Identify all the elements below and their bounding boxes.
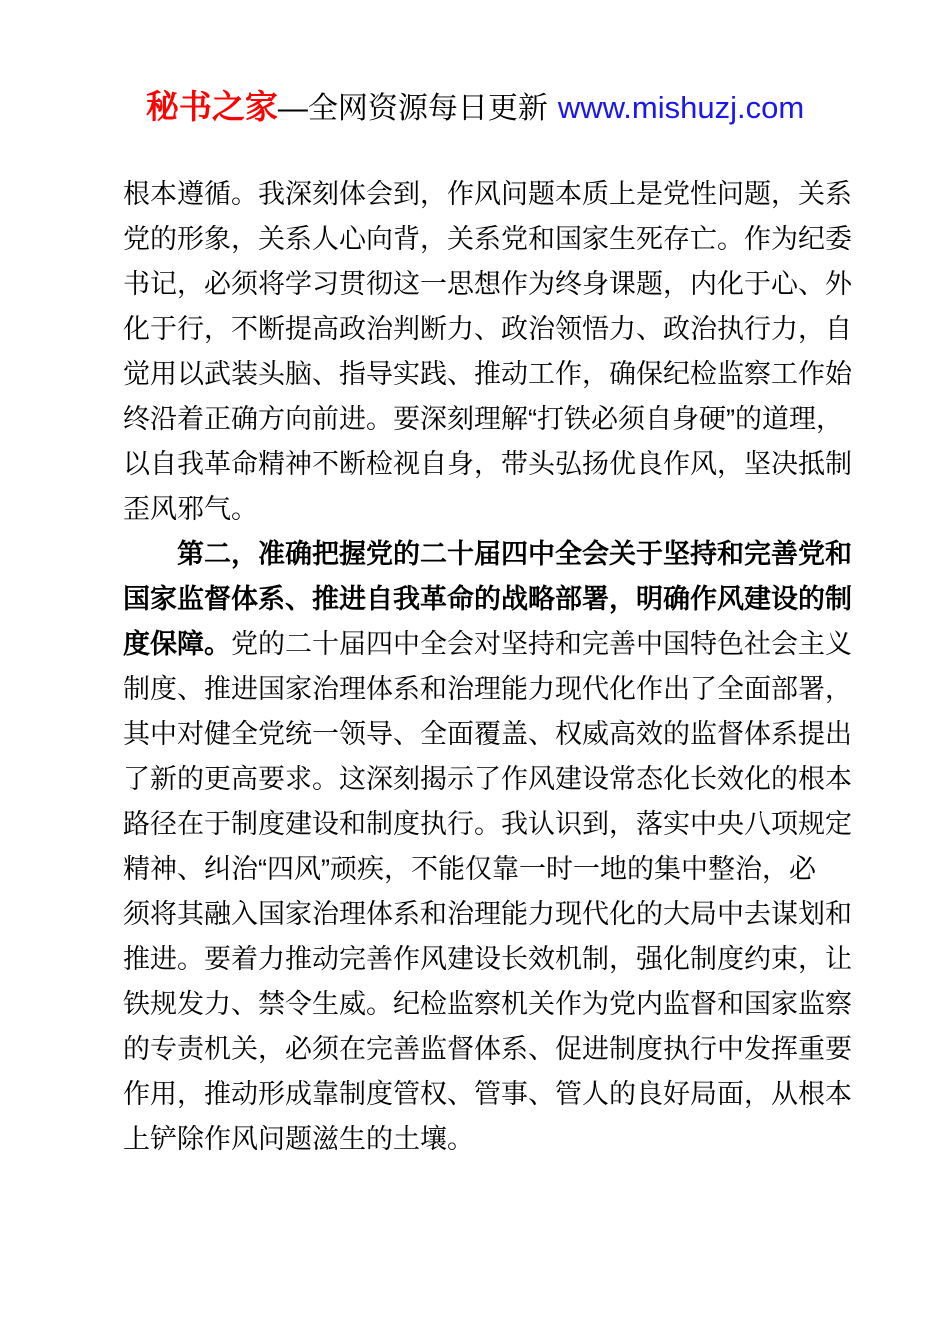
line-text: 了新的更高要求。这深刻揭示了作风建设常态化长效化的根本 xyxy=(123,764,852,794)
bold-lead-text: 第二，准确把握党的二十届四中全会关于坚持和完善党和 xyxy=(177,539,852,569)
doc-line: 推进。要着力推动完善作风建设长效机制，强化制度约束，让 xyxy=(123,937,863,982)
doc-line: 上铲除作风问题滋生的土壤。 xyxy=(123,1117,863,1162)
site-url-link[interactable]: www.mishuzj.com xyxy=(558,90,804,125)
doc-line: 化于行，不断提高政治判断力、政治领悟力、政治执行力，自 xyxy=(123,307,863,352)
doc-line: 须将其融入国家治理体系和治理能力现代化的大局中去谋划和 xyxy=(123,892,863,937)
doc-line-paragraph-lead: 第二，准确把握党的二十届四中全会关于坚持和完善党和 xyxy=(123,532,863,577)
line-text: 铁规发力、禁令生威。纪检监察机关作为党内监督和国家监察 xyxy=(123,989,852,1019)
line-text: 推进。要着力推动完善作风建设长效机制，强化制度约束，让 xyxy=(123,944,852,974)
doc-line: 以自我革命精神不断检视自身，带头弘扬优良作风，坚决抵制 xyxy=(123,442,863,487)
doc-line: 根本遵循。我深刻体会到，作风问题本质上是党性问题，关系 xyxy=(123,172,863,217)
doc-line: 了新的更高要求。这深刻揭示了作风建设常态化长效化的根本 xyxy=(123,757,863,802)
doc-line: 精神、纠治“四风”顽疾，不能仅靠一时一地的集中整治，必 xyxy=(123,847,863,892)
line-text: 作用，推动形成靠制度管权、管事、管人的良好局面，从根本 xyxy=(123,1079,852,1109)
line-text: 书记，必须将学习贯彻这一思想作为终身课题，内化于心、外 xyxy=(123,269,852,299)
line-text: 歪风邪气。 xyxy=(123,494,258,524)
line-text: 上铲除作风问题滋生的土壤。 xyxy=(123,1124,474,1154)
doc-line: 终沿着正确方向前进。要深刻理解“打铁必须自身硬”的道理， xyxy=(123,397,863,442)
bold-lead-text: 国家监督体系、推进自我革命的战略部署，明确作风建设的制 xyxy=(123,584,852,614)
line-text: 精神、纠治“四风”顽疾，不能仅靠一时一地的集中整治，必 xyxy=(123,854,816,884)
line-text: 党的二十届四中全会对坚持和完善中国特色社会主义 xyxy=(231,629,852,659)
doc-line: 作用，推动形成靠制度管权、管事、管人的良好局面，从根本 xyxy=(123,1072,863,1117)
line-text: 根本遵循。我深刻体会到，作风问题本质上是党性问题，关系 xyxy=(123,179,852,209)
doc-line: 其中对健全党统一领导、全面覆盖、权威高效的监督体系提出 xyxy=(123,712,863,757)
doc-line: 铁规发力、禁令生威。纪检监察机关作为党内监督和国家监察 xyxy=(123,982,863,1027)
line-text: 化于行，不断提高政治判断力、政治领悟力、政治执行力，自 xyxy=(123,314,852,344)
doc-line: 书记，必须将学习贯彻这一思想作为终身课题，内化于心、外 xyxy=(123,262,863,307)
line-text: 制度、推进国家治理体系和治理能力现代化作出了全面部署， xyxy=(123,674,852,704)
doc-line: 歪风邪气。 xyxy=(123,487,863,532)
doc-line: 国家监督体系、推进自我革命的战略部署，明确作风建设的制 xyxy=(123,577,863,622)
line-text: 路径在于制度建设和制度执行。我认识到，落实中央八项规定 xyxy=(123,809,852,839)
document-body: 根本遵循。我深刻体会到，作风问题本质上是党性问题，关系 党的形象，关系人心向背，… xyxy=(123,172,863,1162)
line-text: 觉用以武装头脑、指导实践、推动工作，确保纪检监察工作始 xyxy=(123,359,852,389)
doc-line: 路径在于制度建设和制度执行。我认识到，落实中央八项规定 xyxy=(123,802,863,847)
header-tagline: —全网资源每日更新 xyxy=(278,92,548,125)
site-header: 秘书之家—全网资源每日更新www.mishuzj.com xyxy=(0,84,950,137)
line-text: 的专责机关，必须在完善监督体系、促进制度执行中发挥重要 xyxy=(123,1034,852,1064)
line-text: 以自我革命精神不断检视自身，带头弘扬优良作风，坚决抵制 xyxy=(123,449,852,479)
line-text: 终沿着正确方向前进。要深刻理解“打铁必须自身硬”的道理， xyxy=(123,404,843,434)
doc-line: 度保障。党的二十届四中全会对坚持和完善中国特色社会主义 xyxy=(123,622,863,667)
line-text: 党的形象，关系人心向背，关系党和国家生死存亡。作为纪委 xyxy=(123,224,852,254)
line-text: 须将其融入国家治理体系和治理能力现代化的大局中去谋划和 xyxy=(123,899,852,929)
doc-line: 觉用以武装头脑、指导实践、推动工作，确保纪检监察工作始 xyxy=(123,352,863,397)
doc-line: 党的形象，关系人心向背，关系党和国家生死存亡。作为纪委 xyxy=(123,217,863,262)
doc-line: 制度、推进国家治理体系和治理能力现代化作出了全面部署， xyxy=(123,667,863,712)
doc-line: 的专责机关，必须在完善监督体系、促进制度执行中发挥重要 xyxy=(123,1027,863,1072)
bold-lead-text: 度保障。 xyxy=(123,629,231,659)
brand-name: 秘书之家 xyxy=(146,88,278,125)
line-text: 其中对健全党统一领导、全面覆盖、权威高效的监督体系提出 xyxy=(123,719,852,749)
